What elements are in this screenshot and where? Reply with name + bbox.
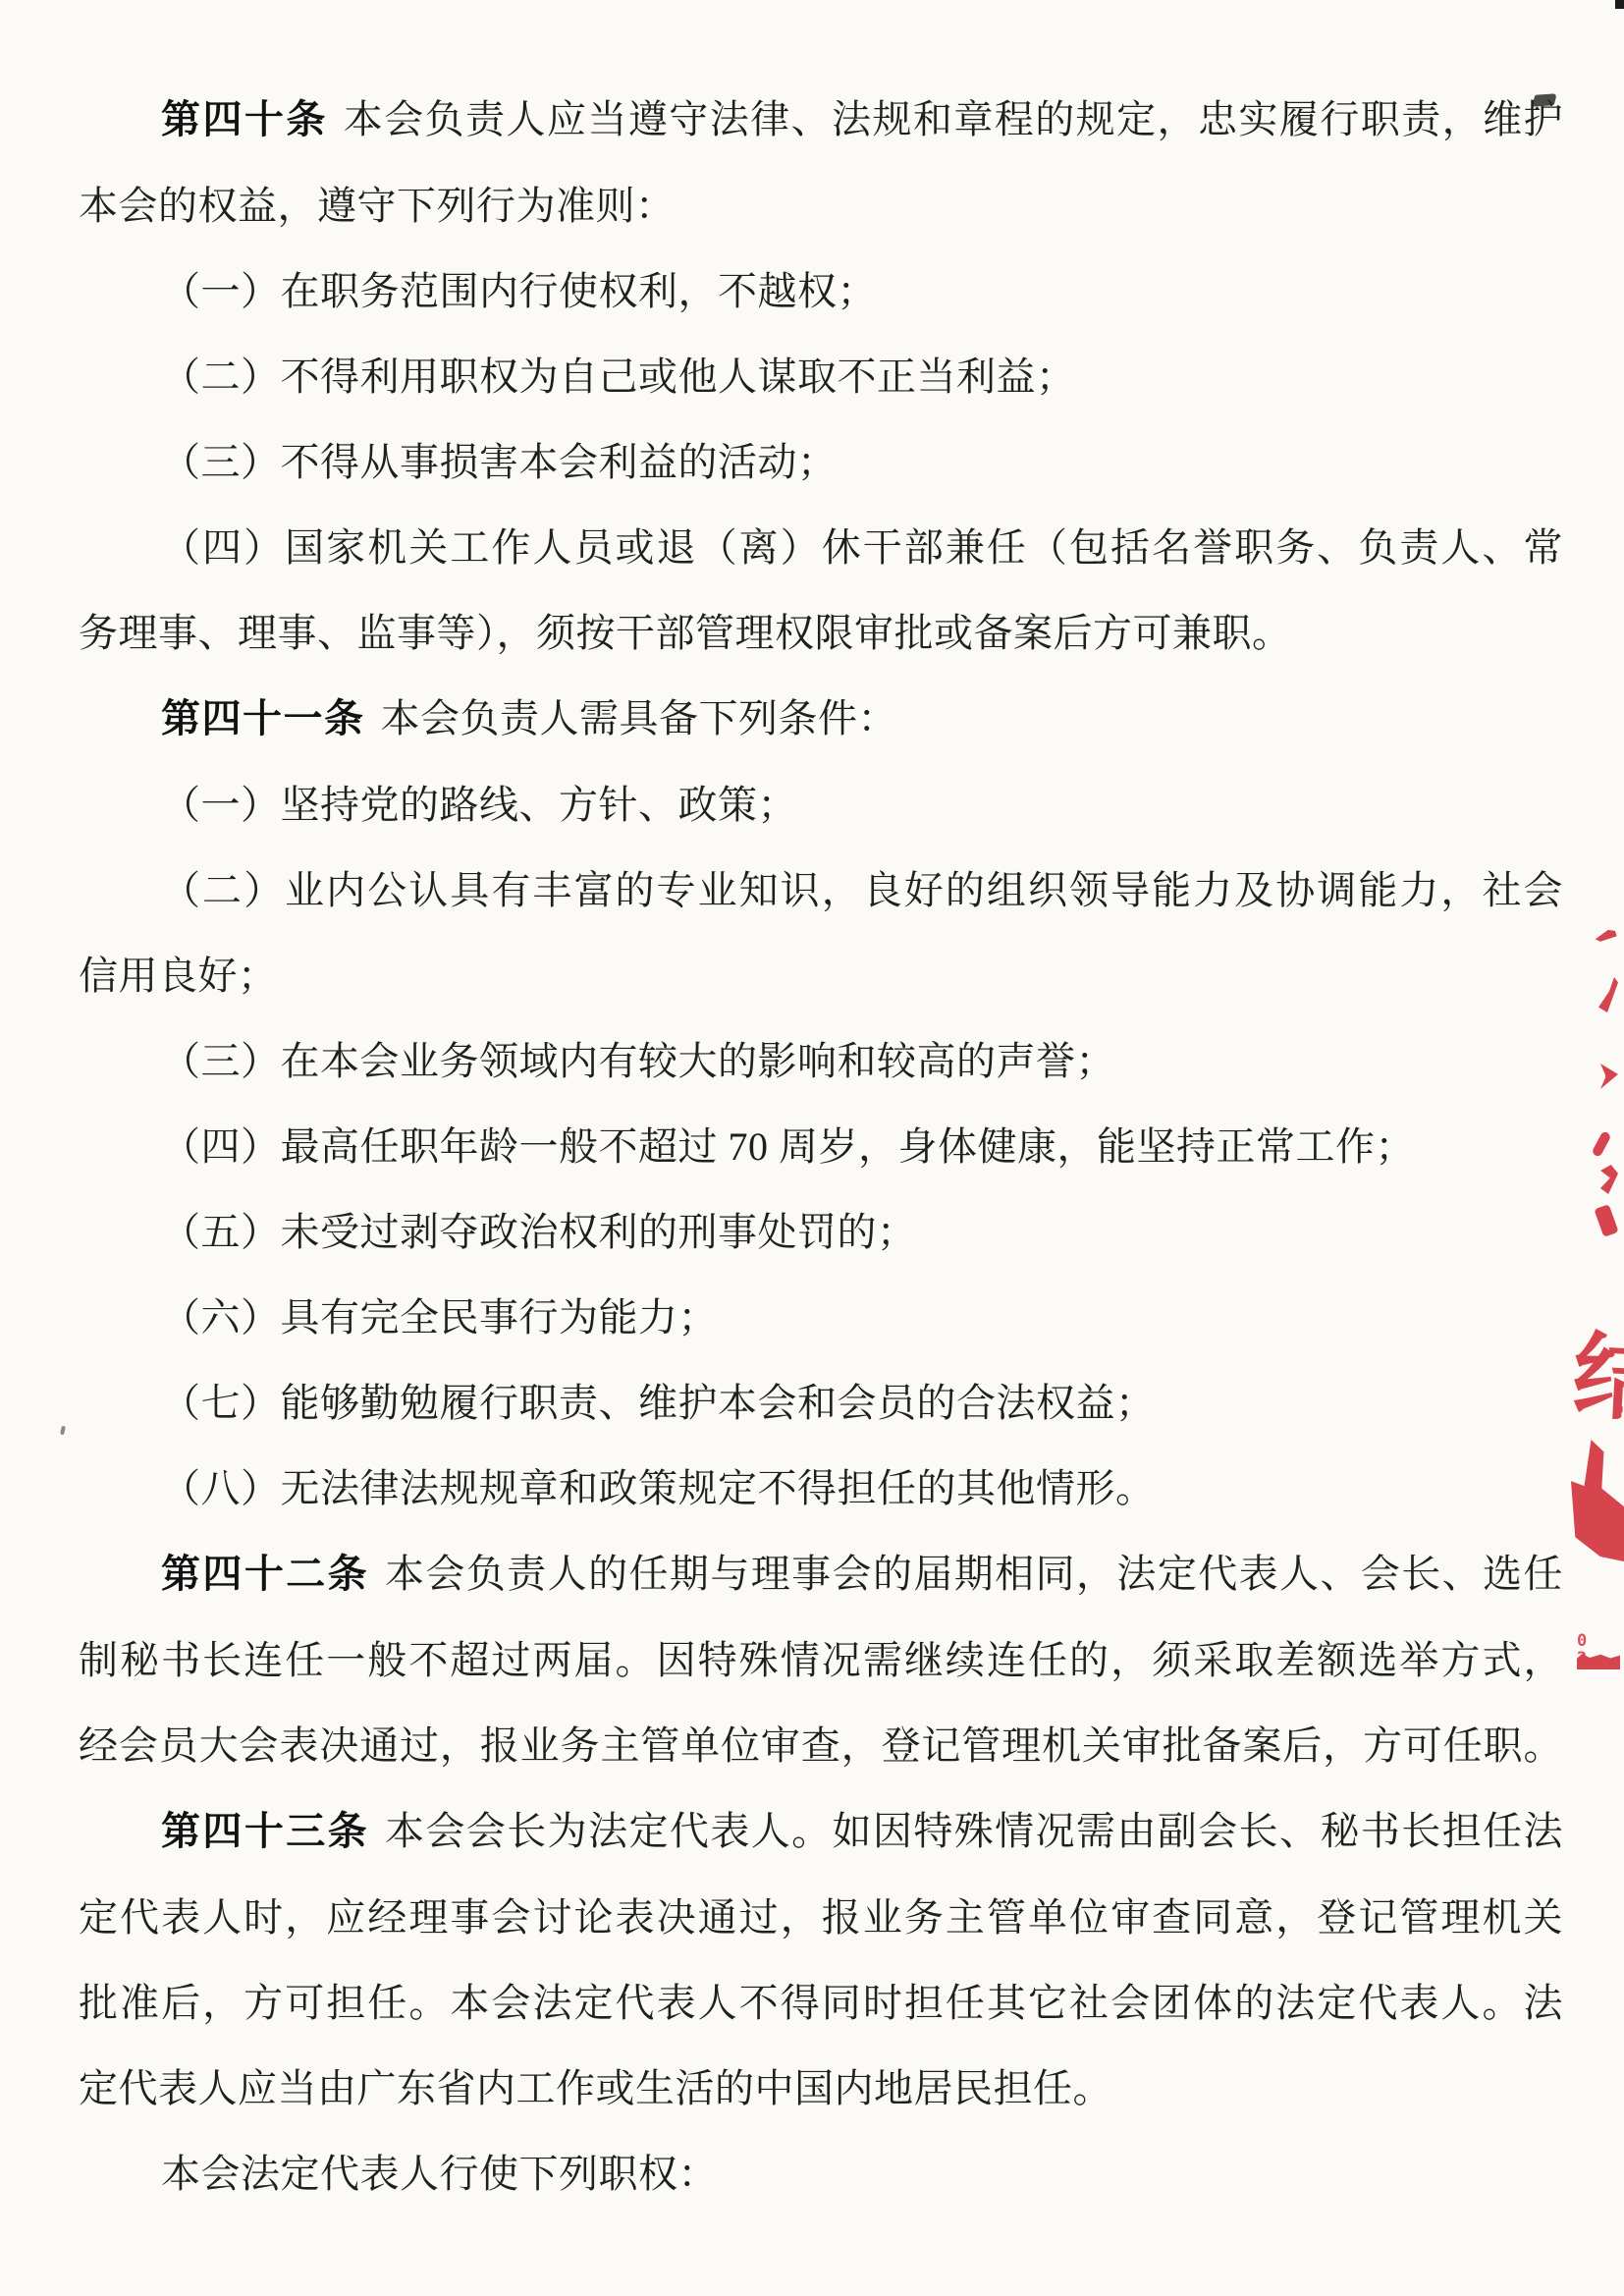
- text-line: （三）在本会业务领域内有较大的影响和较高的声誉；: [79, 1018, 1563, 1104]
- line-text: 定代表人应当由广东省内工作或生活的中国内地居民担任。: [79, 2066, 1112, 2110]
- text-line: 制秘书长连任一般不超过两届。因特殊情况需继续连任的，须采取差额选举方式，: [79, 1617, 1563, 1703]
- red-stamp-blob-fragment: [1571, 1440, 1624, 1561]
- text-line: （五）未受过剥夺政治权利的刑事处罚的；: [79, 1189, 1563, 1275]
- line-text: （八）无法律法规规章和政策规定不得担任的其他情形。: [161, 1466, 1156, 1510]
- line-text: 本会负责人需具备下列条件：: [381, 696, 898, 740]
- text-line: 信用良好；: [79, 933, 1563, 1018]
- red-stamp-script-fragment: [1594, 1204, 1618, 1237]
- line-text: 定代表人时，应经理事会讨论表决通过，报业务主管单位审查同意，登记管理机关: [79, 1895, 1563, 1940]
- text-line: （二）业内公认具有丰富的专业知识，良好的组织领导能力及协调能力，社会: [79, 847, 1563, 933]
- text-line: 第四十二条本会负责人的任期与理事会的届期相同，法定代表人、会长、选任: [79, 1531, 1563, 1617]
- text-line: （八）无法律法规规章和政策规定不得担任的其他情形。: [79, 1446, 1563, 1531]
- line-text: （二）不得利用职权为自己或他人谋取不正当利益；: [161, 355, 1076, 399]
- text-line: （七）能够勤勉履行职责、维护本会和会员的合法权益；: [79, 1360, 1563, 1446]
- article-number: 第四十二条: [161, 1553, 369, 1596]
- line-text: 务理事、理事、监事等），须按干部管理权限审批或备案后方可兼职。: [79, 611, 1292, 655]
- text-line: （三）不得从事损害本会利益的活动；: [79, 419, 1563, 505]
- scan-corner-mark: [1615, 0, 1624, 9]
- red-stamp-fragment: [1594, 928, 1617, 943]
- line-text: （七）能够勤勉履行职责、维护本会和会员的合法权益；: [161, 1381, 1156, 1425]
- line-text: 本会负责人的任期与理事会的届期相同，法定代表人、会长、选任: [385, 1552, 1563, 1596]
- line-text: （三）不得从事损害本会利益的活动；: [161, 440, 838, 484]
- text-line: 务理事、理事、监事等），须按干部管理权限审批或备案后方可兼职。: [79, 590, 1563, 676]
- line-text: （四）最高任职年龄一般不超过 70 周岁，身体健康，能坚持正常工作；: [161, 1124, 1415, 1169]
- text-line: 批准后，方可担任。本会法定代表人不得同时担任其它社会团体的法定代表人。法: [79, 1960, 1563, 2046]
- scan-ink-smudge: [1532, 93, 1556, 107]
- line-text: 经会员大会表决通过，报业务主管单位审查，登记管理机关审批备案后，方可任职。: [79, 1723, 1563, 1768]
- line-text: 本会法定代表人行使下列职权：: [161, 2152, 718, 2196]
- text-line: （一）坚持党的路线、方针、政策；: [79, 762, 1563, 847]
- red-stamp-script-fragment: [1591, 1130, 1611, 1158]
- article-number: 第四十三条: [161, 1810, 369, 1853]
- text-line: 定代表人应当由广东省内工作或生活的中国内地居民担任。: [79, 2046, 1563, 2131]
- text-line: 定代表人时，应经理事会讨论表决通过，报业务主管单位审查同意，登记管理机关: [79, 1875, 1563, 1960]
- text-line: （二）不得利用职权为自己或他人谋取不正当利益；: [79, 334, 1563, 419]
- line-text: 本会的权益，遵守下列行为准则：: [79, 184, 676, 228]
- article-number: 第四十条: [161, 98, 328, 141]
- line-text: 批准后，方可担任。本会法定代表人不得同时担任其它社会团体的法定代表人。法: [79, 1981, 1563, 2025]
- line-text: 本会负责人应当遵守法律、法规和章程的规定，忠实履行职责，维护: [344, 97, 1563, 141]
- text-line: 第四十一条本会负责人需具备下列条件：: [79, 676, 1563, 762]
- line-text: （六）具有完全民事行为能力；: [161, 1295, 718, 1339]
- text-line: 第四十三条本会会长为法定代表人。如因特殊情况需由副会长、秘书长担任法: [79, 1788, 1563, 1875]
- scan-speck: [60, 1426, 66, 1436]
- text-line: （一）在职务范围内行使权利，不越权；: [79, 248, 1563, 334]
- line-text: （一）在职务范围内行使权利，不越权；: [161, 269, 877, 313]
- line-text: 本会会长为法定代表人。如因特殊情况需由副会长、秘书长担任法: [385, 1809, 1563, 1853]
- red-stamp-script-fragment: [1600, 1165, 1618, 1194]
- red-stamp-character-fragment: 结: [1570, 1323, 1624, 1444]
- line-text: 信用良好；: [79, 954, 278, 998]
- text-line: （四）国家机关工作人员或退（离）休干部兼任（包括名誉职务、负责人、常: [79, 505, 1563, 590]
- text-line: 本会法定代表人行使下列职权：: [79, 2131, 1563, 2216]
- red-stamp-fragment: [1598, 977, 1618, 1012]
- text-line: 第四十条本会负责人应当遵守法律、法规和章程的规定，忠实履行职责，维护: [79, 77, 1563, 163]
- text-line: 本会的权益，遵守下列行为准则：: [79, 163, 1563, 248]
- line-text: （四）国家机关工作人员或退（离）休干部兼任（包括名誉职务、负责人、常: [161, 525, 1563, 570]
- line-text: （二）业内公认具有丰富的专业知识，良好的组织领导能力及协调能力，社会: [161, 868, 1563, 912]
- line-text: （三）在本会业务领域内有较大的影响和较高的声誉；: [161, 1039, 1115, 1083]
- text-line: （四）最高任职年龄一般不超过 70 周岁，身体健康，能坚持正常工作；: [79, 1104, 1563, 1189]
- article-number: 第四十一条: [161, 697, 365, 740]
- red-stamp-chevron-fragment: [1600, 1064, 1618, 1089]
- line-text: （一）坚持党的路线、方针、政策；: [161, 783, 797, 827]
- text-line: （六）具有完全民事行为能力；: [79, 1275, 1563, 1360]
- text-line: 经会员大会表决通过，报业务主管单位审查，登记管理机关审批备案后，方可任职。: [79, 1703, 1563, 1788]
- line-text: （五）未受过剥夺政治权利的刑事处罚的；: [161, 1210, 917, 1254]
- line-text: 制秘书长连任一般不超过两届。因特殊情况需继续连任的，须采取差额选举方式，: [79, 1638, 1563, 1682]
- document-text-block: 第四十条本会负责人应当遵守法律、法规和章程的规定，忠实履行职责，维护 本会的权益…: [79, 77, 1563, 2216]
